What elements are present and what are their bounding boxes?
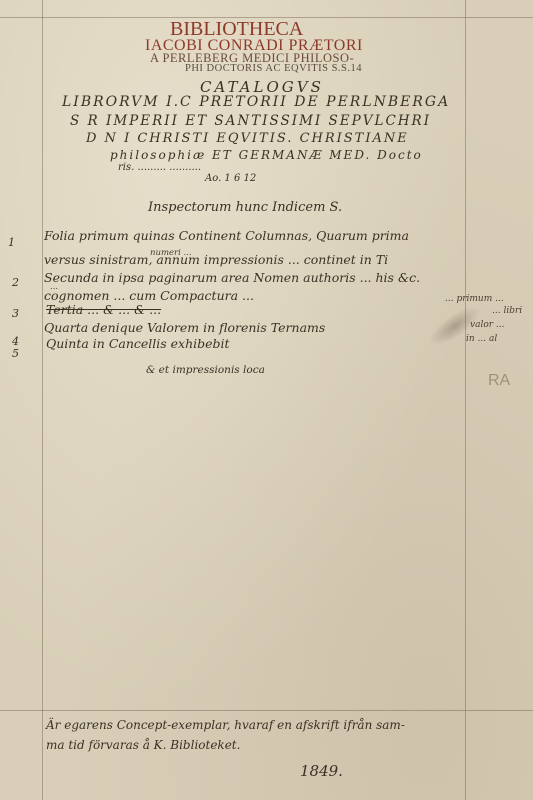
margin-rule-bottom xyxy=(0,710,533,711)
footer-note-line-2: ma tid förvaras å K. Biblioteket. xyxy=(46,738,240,752)
margin-rule-left xyxy=(42,0,43,800)
title-line-2: S R IMPERII ET SANTISSIMI SEPVLCHRI xyxy=(70,113,431,129)
entry-number: 1 xyxy=(8,236,15,249)
entry-line: Folia primum quinas Continent Columnas, … xyxy=(44,228,409,243)
entry-number: 2 xyxy=(12,276,19,289)
entry-line: Quarta denique Valorem in florenis Terna… xyxy=(44,320,325,335)
index-subtitle: Inspectorum hunc Indicem S. xyxy=(148,200,342,215)
header-owner-title: PHI DOCTORIS AC EQVITIS S.S.14 xyxy=(185,63,362,74)
entry-line: Tertia ... & ... & ... xyxy=(46,302,161,317)
margin-note: ... libri xyxy=(492,306,522,316)
entry-number: 5 xyxy=(12,347,19,360)
footer-note-line-1: Är egarens Concept-exemplar, hvaraf en a… xyxy=(46,718,405,732)
title-line-5: ris. ......... .......... xyxy=(118,162,201,173)
margin-note: ... primum ... xyxy=(445,294,504,304)
manuscript-page: BIBLIOTHECA IACOBI CONRADI PRÆTORI A PER… xyxy=(0,0,533,800)
faint-mark: RA xyxy=(488,372,510,390)
entry-line: cognomen ... cum Compactura ... xyxy=(44,288,254,303)
entry-number: 3 xyxy=(12,307,19,320)
title-line-3: D N I CHRISTI EQVITIS. CHRISTIANE xyxy=(86,131,409,146)
footer-year: 1849. xyxy=(300,762,343,780)
title-date: Ao. 1 6 12 xyxy=(205,173,256,184)
inserted-note: & et impressionis loca xyxy=(146,364,265,376)
margin-note: in ... al xyxy=(466,334,497,344)
margin-rule-right xyxy=(465,0,466,800)
entry-line: versus sinistram, annum impressionis ...… xyxy=(44,252,388,267)
title-line-4: philosophiæ ET GERMANÆ MED. Docto xyxy=(110,148,423,162)
entry-line: Quinta in Cancellis exhibebit xyxy=(46,336,230,351)
title-line-1: LIBRORVM I.C PRETORII DE PERLNBERGA xyxy=(62,94,450,110)
entry-line: Secunda in ipsa paginarum area Nomen aut… xyxy=(44,270,420,285)
